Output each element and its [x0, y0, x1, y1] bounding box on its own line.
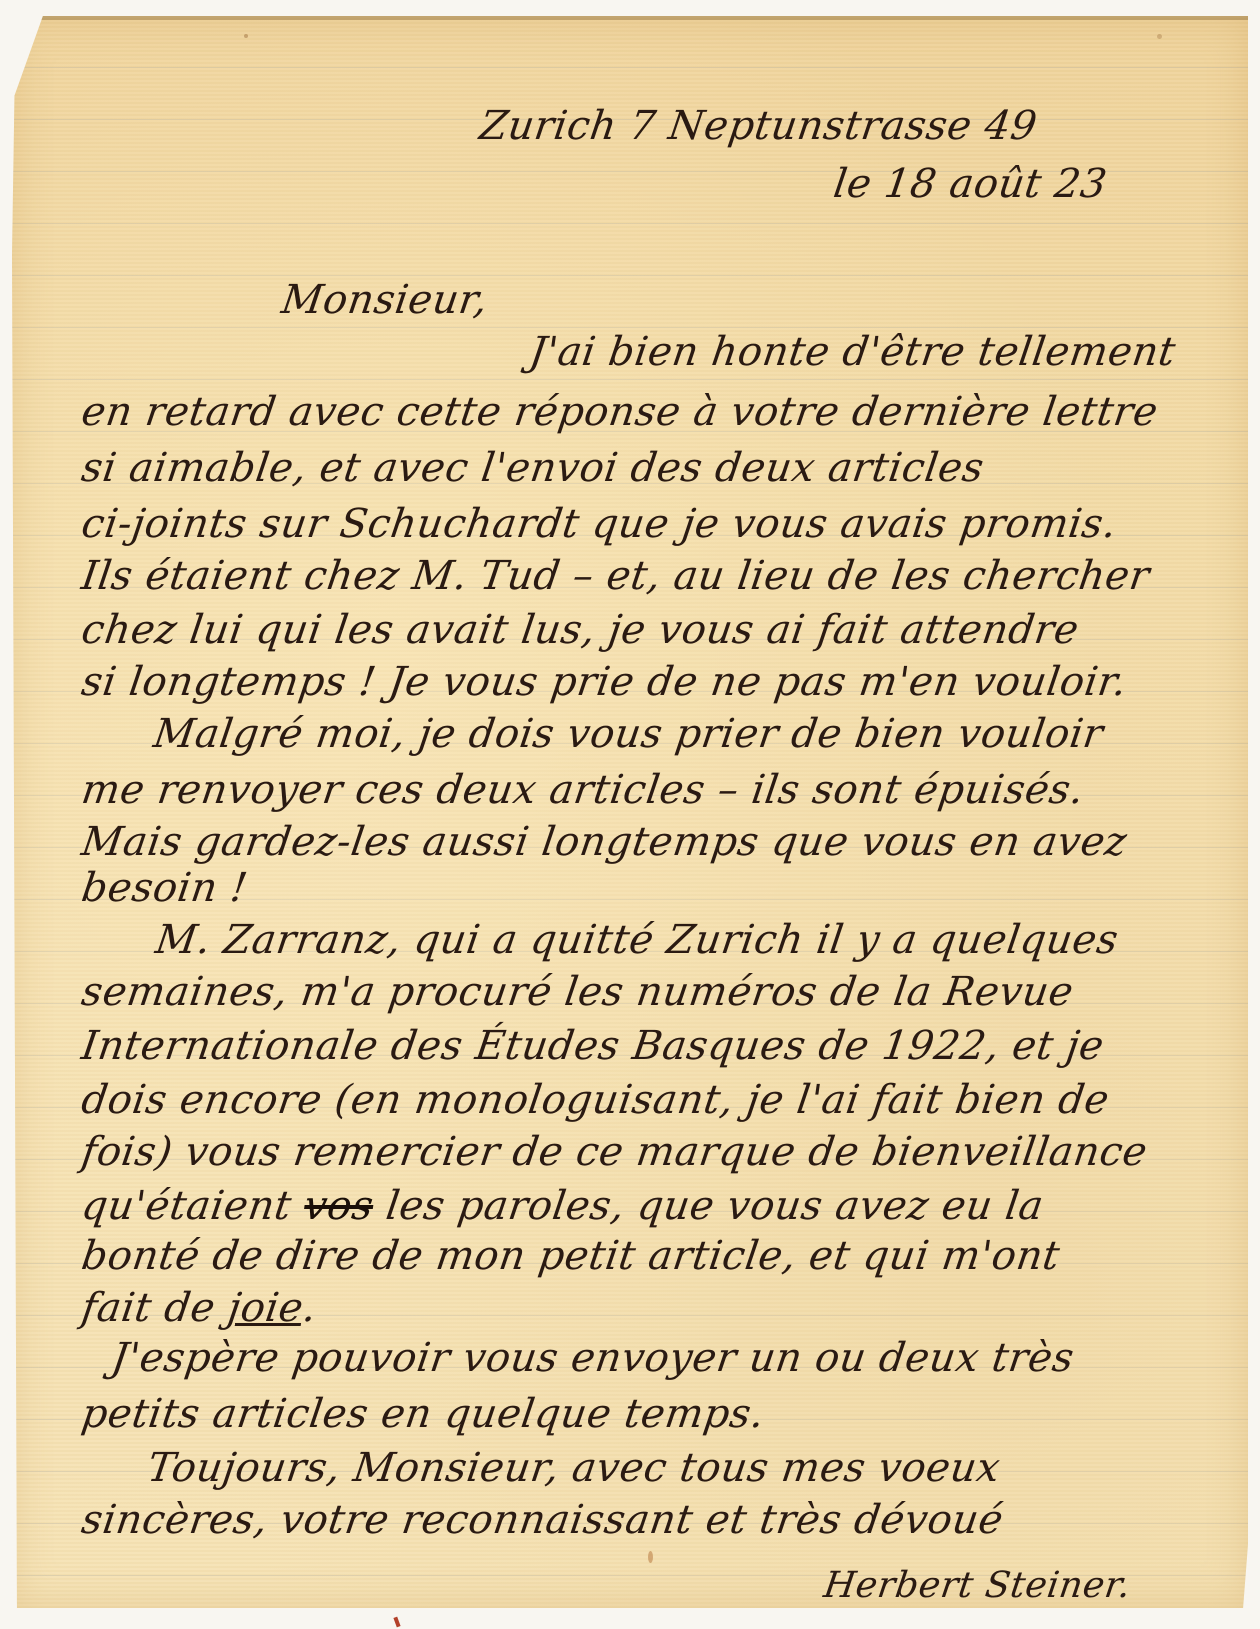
body-line-with-underline: fait de joie. — [78, 1282, 320, 1334]
closing-line: Toujours, Monsieur, avec tous mes voeux — [144, 1442, 1003, 1494]
body-line: petits articles en quelque temps. — [78, 1388, 767, 1440]
body-line-with-strikethrough: qu'étaient vos les paroles, que vous ave… — [78, 1180, 1047, 1232]
body-line: chez lui qui les avait lus, je vous ai f… — [78, 604, 1082, 656]
line-prefix: qu'étaient — [79, 1183, 308, 1229]
letter-date: le 18 août 23 — [830, 158, 1110, 210]
closing-line: sincères, votre reconnaissant et très dé… — [78, 1494, 1006, 1546]
letter-salutation: Monsieur, — [278, 274, 491, 326]
scanned-letter-page: Zurich 7 Neptunstrasse 49 le 18 août 23 … — [0, 0, 1260, 1629]
body-line: Internationale des Études Basques de 192… — [78, 1020, 1107, 1072]
body-line: Mais gardez-les aussi longtemps que vous… — [78, 816, 1130, 868]
ink-stain — [648, 1551, 653, 1563]
body-line: bonté de dire de mon petit article, et q… — [78, 1230, 1063, 1282]
body-line: en retard avec cette réponse à votre der… — [78, 386, 1161, 438]
body-line: si aimable, et avec l'envoi des deux art… — [78, 442, 987, 494]
body-line: si longtemps ! Je vous prie de ne pas m'… — [78, 656, 1130, 708]
body-line: me renvoyer ces deux articles – ils sont… — [78, 764, 1087, 816]
letter-paper: Zurich 7 Neptunstrasse 49 le 18 août 23 … — [12, 16, 1248, 1608]
body-line: Malgré moi, je dois vous prier de bien v… — [150, 708, 1106, 760]
body-line: Ils étaient chez M. Tud – et, au lieu de… — [78, 550, 1153, 602]
line-suffix: les paroles, que vous avez eu la — [370, 1183, 1047, 1229]
body-line: M. Zarranz, qui a quitté Zurich il y a q… — [152, 914, 1121, 966]
body-line: J'ai bien honte d'être tellement — [526, 326, 1179, 378]
letter-signature: Herbert Steiner. — [820, 1560, 1134, 1612]
struck-out-word: vos — [301, 1183, 376, 1229]
red-mark — [393, 1617, 400, 1628]
underlined-word: joie — [225, 1285, 306, 1331]
body-line: dois encore (en monologuisant, je l'ai f… — [78, 1074, 1112, 1126]
paper-speck — [1157, 34, 1162, 39]
body-line: semaines, m'a procuré les numéros de la … — [78, 966, 1076, 1018]
line-prefix: fait de — [79, 1285, 232, 1331]
body-line: ci-joints sur Schuchardt que je vous ava… — [78, 498, 1120, 550]
paper-speck — [244, 34, 248, 38]
body-line: besoin ! — [78, 862, 251, 914]
body-line: J'espère pouvoir vous envoyer un ou deux… — [108, 1332, 1077, 1384]
letter-address: Zurich 7 Neptunstrasse 49 — [476, 100, 1040, 152]
body-line: fois) vous remercier de ce marque de bie… — [78, 1126, 1150, 1178]
